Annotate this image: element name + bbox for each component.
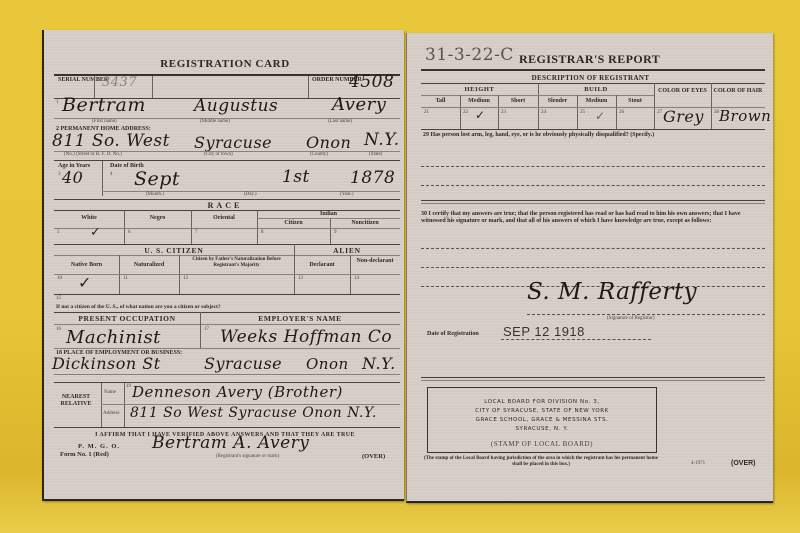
stamp-line: CITY OF SYRACUSE, STATE OF NEW YORK [428, 407, 656, 416]
city-label: (City or town) [204, 152, 233, 157]
nearest-relative-label: NEAREST RELATIVE [56, 394, 96, 408]
divider [152, 76, 153, 98]
order-number-label: ORDER NUMBER [312, 77, 342, 83]
registration-date-label: Date of Registration [427, 331, 479, 337]
divider [421, 83, 765, 84]
file-number: 31-3-22-C [425, 45, 514, 65]
race-indian-citizen-label: Citizen [257, 220, 330, 226]
divider [421, 95, 654, 96]
field-number: 24 [541, 110, 546, 115]
divider [54, 294, 400, 295]
divider [101, 383, 102, 427]
field-number: 14 [354, 276, 359, 281]
field-number: 8 [261, 230, 264, 235]
year-label: (Year.) [340, 192, 354, 197]
address-state: N.Y. [364, 130, 400, 150]
build-stout-label: Stout [616, 98, 654, 104]
middle-name: Augustus [194, 96, 278, 116]
field-number: 15 [56, 296, 61, 301]
field-number: 19 [126, 384, 131, 389]
divider [421, 377, 765, 378]
divider [54, 427, 400, 428]
hair-color-title: COLOR OF HAIR [711, 88, 765, 94]
divider [54, 228, 400, 229]
height-title: HEIGHT [421, 86, 538, 93]
over-label: (OVER) [362, 453, 385, 460]
build-title: BUILD [538, 86, 654, 93]
form-id-line2: Form No. 1 (Red) [60, 451, 109, 458]
last-name-label: (Last name) [328, 119, 352, 124]
height-tall-label: Tall [421, 98, 460, 104]
first-name-label: (First name) [92, 119, 117, 124]
divider [200, 312, 201, 348]
over-label: (OVER) [731, 460, 756, 467]
divider [421, 200, 765, 201]
race-title: RACE [44, 201, 404, 210]
signature-line [527, 314, 765, 315]
alien-title: ALIEN [294, 246, 400, 255]
day-label: (Day.) [244, 192, 257, 197]
answer-line [421, 267, 765, 268]
divider [54, 374, 400, 375]
divider [54, 324, 400, 325]
occupation-value: Machinist [66, 327, 161, 348]
checkmark-icon: ✓ [90, 225, 101, 240]
divider [54, 244, 400, 245]
citizenship-question: If not a citizen of the U. S., of what n… [56, 304, 221, 310]
middle-name-label: (Middle name) [200, 119, 230, 124]
age-value: 40 [62, 168, 83, 187]
race-white-label: White [54, 215, 124, 221]
divider [257, 218, 400, 219]
employer-title: EMPLOYER'S NAME [200, 314, 400, 323]
relative-address: 811 So West Syracuse Onon N.Y. [130, 405, 377, 421]
relative-address-label: Address [103, 411, 119, 416]
naturalized-label: Naturalized [119, 262, 179, 268]
employer-value: Weeks Hoffman Co [220, 327, 392, 347]
field-number: 21 [424, 110, 429, 115]
divider [308, 76, 309, 98]
divider [294, 244, 295, 294]
serial-number-label: SERIAL NUMBER [58, 77, 88, 83]
divider [421, 129, 765, 130]
disability-question: 29 Has person lost arm, leg, hand, eye, … [423, 132, 763, 139]
field-number: 1 [56, 100, 59, 105]
divider [421, 69, 765, 71]
employment-street: Dickinson St [52, 354, 161, 373]
stamp-line: SYRACUSE, N. Y. [428, 425, 656, 434]
build-medium-label: Medium [577, 98, 616, 104]
race-indian-label: Indian [257, 211, 400, 217]
employment-state: N.Y. [362, 354, 396, 373]
height-medium-label: Medium [460, 98, 498, 104]
order-number: 4508 [349, 72, 394, 92]
employment-county: Onon [306, 355, 349, 373]
field-number: 3 [58, 172, 61, 177]
report-title: REGISTRAR'S REPORT [519, 52, 660, 67]
race-oriental-label: Oriental [191, 215, 257, 221]
field-number: 12 [183, 276, 188, 281]
answer-line [421, 166, 765, 167]
certification-text: 30 I certify that my answers are true; t… [421, 211, 765, 225]
birth-day: 1st [282, 167, 310, 187]
divider [124, 383, 125, 427]
month-label: (Month.) [146, 192, 164, 197]
card-title: REGISTRATION CARD [44, 58, 404, 70]
birth-year: 1878 [350, 168, 395, 188]
employment-city: Syracuse [204, 354, 282, 373]
occupation-title: PRESENT OCCUPATION [54, 314, 200, 323]
divider [54, 199, 400, 200]
serial-number: 3437 [102, 75, 137, 90]
race-negro-label: Negro [124, 215, 191, 221]
divider [421, 203, 765, 204]
divider [421, 107, 765, 108]
divider [54, 312, 400, 313]
field-number: 23 [501, 110, 506, 115]
us-citizen-title: U. S. CITIZEN [54, 246, 294, 255]
native-born-label: Native Born [54, 262, 119, 268]
field-number: 5 [57, 230, 60, 235]
hair-color-value: Brown [719, 107, 771, 125]
stamp-line: GRACE SCHOOL, GRACE & MESSINA STS. [428, 416, 656, 425]
local-board-stamp: LOCAL BOARD FOR DIVISION No. 3, CITY OF … [427, 387, 657, 453]
registrar-signature-label: (Signature of Registrar) [607, 316, 655, 321]
street-label: (No.) (Street or R. F. D. No.) [64, 152, 122, 157]
county-label: (County) [310, 152, 328, 157]
field-number: 9 [334, 230, 337, 235]
divider [54, 160, 400, 161]
last-name: Avery [332, 94, 386, 115]
field-number: 27 [657, 110, 662, 115]
citizen-by-father-label: Citizen by Father's Naturalization Befor… [181, 257, 292, 269]
height-short-label: Short [498, 98, 538, 104]
signature-label: (Registrant's signature or mark) [216, 454, 279, 459]
address-county: Onon [306, 133, 351, 152]
divider [421, 380, 765, 381]
stamp-caption: (STAMP OF LOCAL BOARD) [428, 440, 656, 448]
field-number: 7 [195, 230, 198, 235]
divider [54, 274, 400, 275]
checkmark-icon: ✓ [595, 109, 605, 123]
description-title: DESCRIPTION OF REGISTRANT [407, 74, 773, 82]
registrar-signature: S. M. Rafferty [527, 279, 697, 305]
answer-line [421, 248, 765, 249]
address-city: Syracuse [194, 133, 272, 152]
registration-date-value: SEP 12 1918 [503, 324, 585, 339]
field-number: 17 [204, 327, 209, 332]
field-number: 26 [619, 110, 624, 115]
eye-color-title: COLOR OF EYES [654, 88, 711, 94]
field-number: 16 [56, 327, 61, 332]
race-indian-noncitizen-label: Noncitizen [330, 220, 400, 226]
field-number: 6 [128, 230, 131, 235]
registrant-signature: Bertram A. Avery [152, 433, 309, 453]
declarant-label: Declarant [294, 262, 350, 268]
eye-color-value: Grey [663, 107, 704, 126]
date-line [501, 339, 651, 340]
stamp-note: (The stamp of the Local Board having jur… [421, 456, 661, 468]
birth-month: Sept [134, 168, 180, 190]
field-number: 13 [298, 276, 303, 281]
answer-line [421, 185, 765, 186]
address-street: 811 So. West [52, 131, 170, 151]
field-number: 10 [57, 276, 62, 281]
checkmark-icon: ✓ [78, 273, 91, 292]
checkmark-icon: ✓ [475, 108, 485, 122]
registration-card: REGISTRATION CARD SERIAL NUMBER 3437 ORD… [42, 30, 404, 501]
relative-name: Denneson Avery (Brother) [132, 383, 343, 401]
form-id-line1: P. M. G. O. [78, 443, 120, 450]
registrars-report-card: 31-3-22-C REGISTRAR'S REPORT DESCRIPTION… [406, 33, 773, 503]
state-label: (State) [369, 152, 382, 157]
field-number: 11 [123, 276, 128, 281]
field-number: 4 [110, 172, 113, 177]
form-code: 4-1971 [691, 461, 705, 466]
field-number: 25 [580, 110, 585, 115]
relative-name-label: Name [104, 390, 116, 395]
divider [54, 255, 400, 256]
first-name: Bertram [62, 94, 146, 116]
non-declarant-label: Non-declarant [352, 258, 398, 265]
field-number: 22 [463, 110, 468, 115]
build-slender-label: Slender [538, 98, 577, 104]
stamp-line: LOCAL BOARD FOR DIVISION No. 3, [428, 398, 656, 407]
divider [54, 348, 400, 349]
